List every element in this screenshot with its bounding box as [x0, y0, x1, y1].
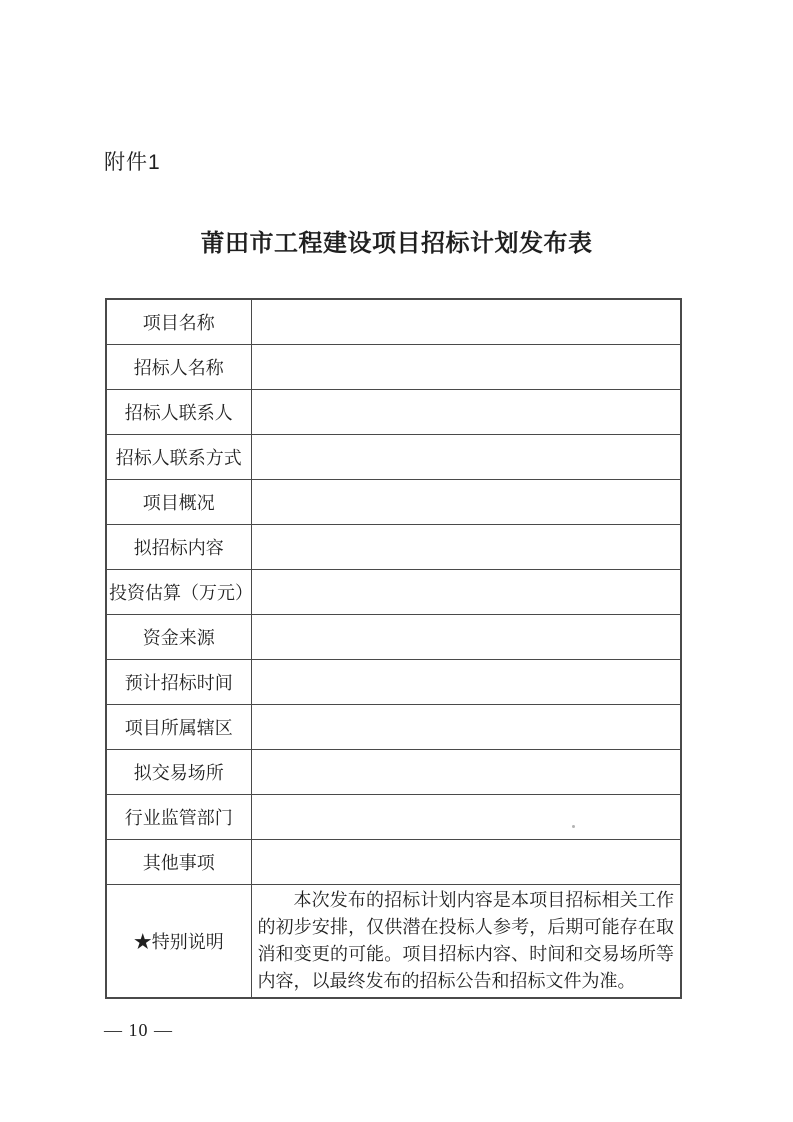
table-row: 预计招标时间: [106, 659, 681, 704]
document-page: 附件1 莆田市工程建设项目招标计划发布表 项目名称招标人名称招标人联系人招标人联…: [0, 0, 793, 1122]
page-number: — 10 —: [104, 1020, 173, 1041]
row-label: 其他事项: [106, 839, 251, 884]
row-label: 项目所属辖区: [106, 704, 251, 749]
row-label: ★特别说明: [106, 884, 251, 998]
table-row: 项目所属辖区: [106, 704, 681, 749]
row-value-cell: 本次发布的招标计划内容是本项目招标相关工作的初步安排，仅供潜在投标人参考，后期可…: [251, 884, 681, 998]
table-row: 其他事项: [106, 839, 681, 884]
row-value-cell: [251, 389, 681, 434]
row-label: 行业监管部门: [106, 794, 251, 839]
form-table-body: 项目名称招标人名称招标人联系人招标人联系方式项目概况拟招标内容投资估算（万元）资…: [106, 299, 681, 998]
table-row: 拟交易场所: [106, 749, 681, 794]
table-row: 项目概况: [106, 479, 681, 524]
row-value-cell: [251, 299, 681, 344]
row-value: [252, 365, 681, 369]
scan-artifact-dot: [572, 825, 575, 828]
table-row: 招标人联系方式: [106, 434, 681, 479]
row-value-cell: [251, 659, 681, 704]
row-value: 本次发布的招标计划内容是本项目招标相关工作的初步安排，仅供潜在投标人参考，后期可…: [252, 885, 681, 997]
row-value: [252, 725, 681, 729]
row-label: 项目概况: [106, 479, 251, 524]
table-row: 行业监管部门: [106, 794, 681, 839]
table-row: 招标人名称: [106, 344, 681, 389]
row-label: 项目名称: [106, 299, 251, 344]
row-label: 预计招标时间: [106, 659, 251, 704]
row-value-cell: [251, 839, 681, 884]
row-value-cell: [251, 524, 681, 569]
page-title: 莆田市工程建设项目招标计划发布表: [0, 223, 793, 258]
table-row: 招标人联系人: [106, 389, 681, 434]
row-value: [252, 500, 681, 504]
row-value: [252, 410, 681, 414]
row-value-cell: [251, 794, 681, 839]
row-value: [252, 320, 681, 324]
row-value-cell: [251, 344, 681, 389]
row-value: [252, 680, 681, 684]
row-label: 拟交易场所: [106, 749, 251, 794]
table-row: 拟招标内容: [106, 524, 681, 569]
row-value: [252, 635, 681, 639]
row-label: 资金来源: [106, 614, 251, 659]
row-value: [252, 815, 681, 819]
row-value-cell: [251, 479, 681, 524]
bidding-plan-form-table: 项目名称招标人名称招标人联系人招标人联系方式项目概况拟招标内容投资估算（万元）资…: [105, 298, 682, 999]
row-value-cell: [251, 434, 681, 479]
table-row: 投资估算（万元）: [106, 569, 681, 614]
row-value-cell: [251, 569, 681, 614]
row-label: 招标人联系方式: [106, 434, 251, 479]
table-row: 资金来源: [106, 614, 681, 659]
row-value: [252, 590, 681, 594]
row-value-cell: [251, 749, 681, 794]
row-value-cell: [251, 614, 681, 659]
row-value: [252, 860, 681, 864]
row-value: [252, 770, 681, 774]
row-label: 招标人名称: [106, 344, 251, 389]
row-label: 投资估算（万元）: [106, 569, 251, 614]
attachment-label: 附件1: [104, 146, 161, 176]
table-row: 项目名称: [106, 299, 681, 344]
row-value: [252, 455, 681, 459]
row-value-cell: [251, 704, 681, 749]
table-row: ★特别说明本次发布的招标计划内容是本项目招标相关工作的初步安排，仅供潜在投标人参…: [106, 884, 681, 998]
row-value: [252, 545, 681, 549]
row-label: 招标人联系人: [106, 389, 251, 434]
row-label: 拟招标内容: [106, 524, 251, 569]
